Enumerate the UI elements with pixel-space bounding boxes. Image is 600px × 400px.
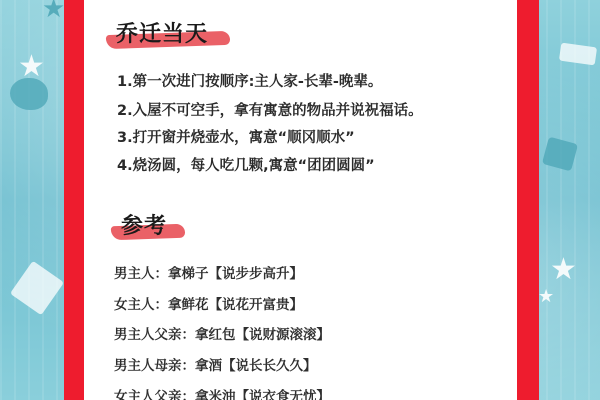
step-item: 2.入屋不可空手，拿有寓意的物品并说祝福话。 xyxy=(117,99,423,120)
right-red-border xyxy=(517,0,539,400)
reference-item: 女主人：拿鲜花【说花开富贵】 xyxy=(114,293,303,313)
section-title-reference: 参考 xyxy=(121,209,167,240)
star-icon: ★ xyxy=(42,0,65,22)
step-item: 4.烧汤圆，每人吃几颗,寓意“团团圆圆” xyxy=(117,154,375,175)
reference-item: 女主人父亲：拿米油【说衣食无忧】 xyxy=(114,385,330,400)
reference-item: 男主人父亲：拿红包【说财源滚滚】 xyxy=(114,323,330,343)
left-red-border xyxy=(64,0,84,400)
step-item: 3.打开窗并烧壶水，寓意“顺冈顺水” xyxy=(117,126,355,147)
star-icon: ★ xyxy=(550,255,577,285)
reference-item: 男主人母亲：拿酒【说长长久久】 xyxy=(114,354,317,374)
section-title-moving-day: 乔迁当天 xyxy=(116,17,208,48)
blob-shape xyxy=(10,78,48,110)
reference-item: 男主人：拿梯子【说步步高升】 xyxy=(114,262,303,282)
star-icon: ★ xyxy=(538,288,554,306)
step-item: 1.第一次进门按顺序:主人家-长辈-晚辈。 xyxy=(117,70,382,91)
